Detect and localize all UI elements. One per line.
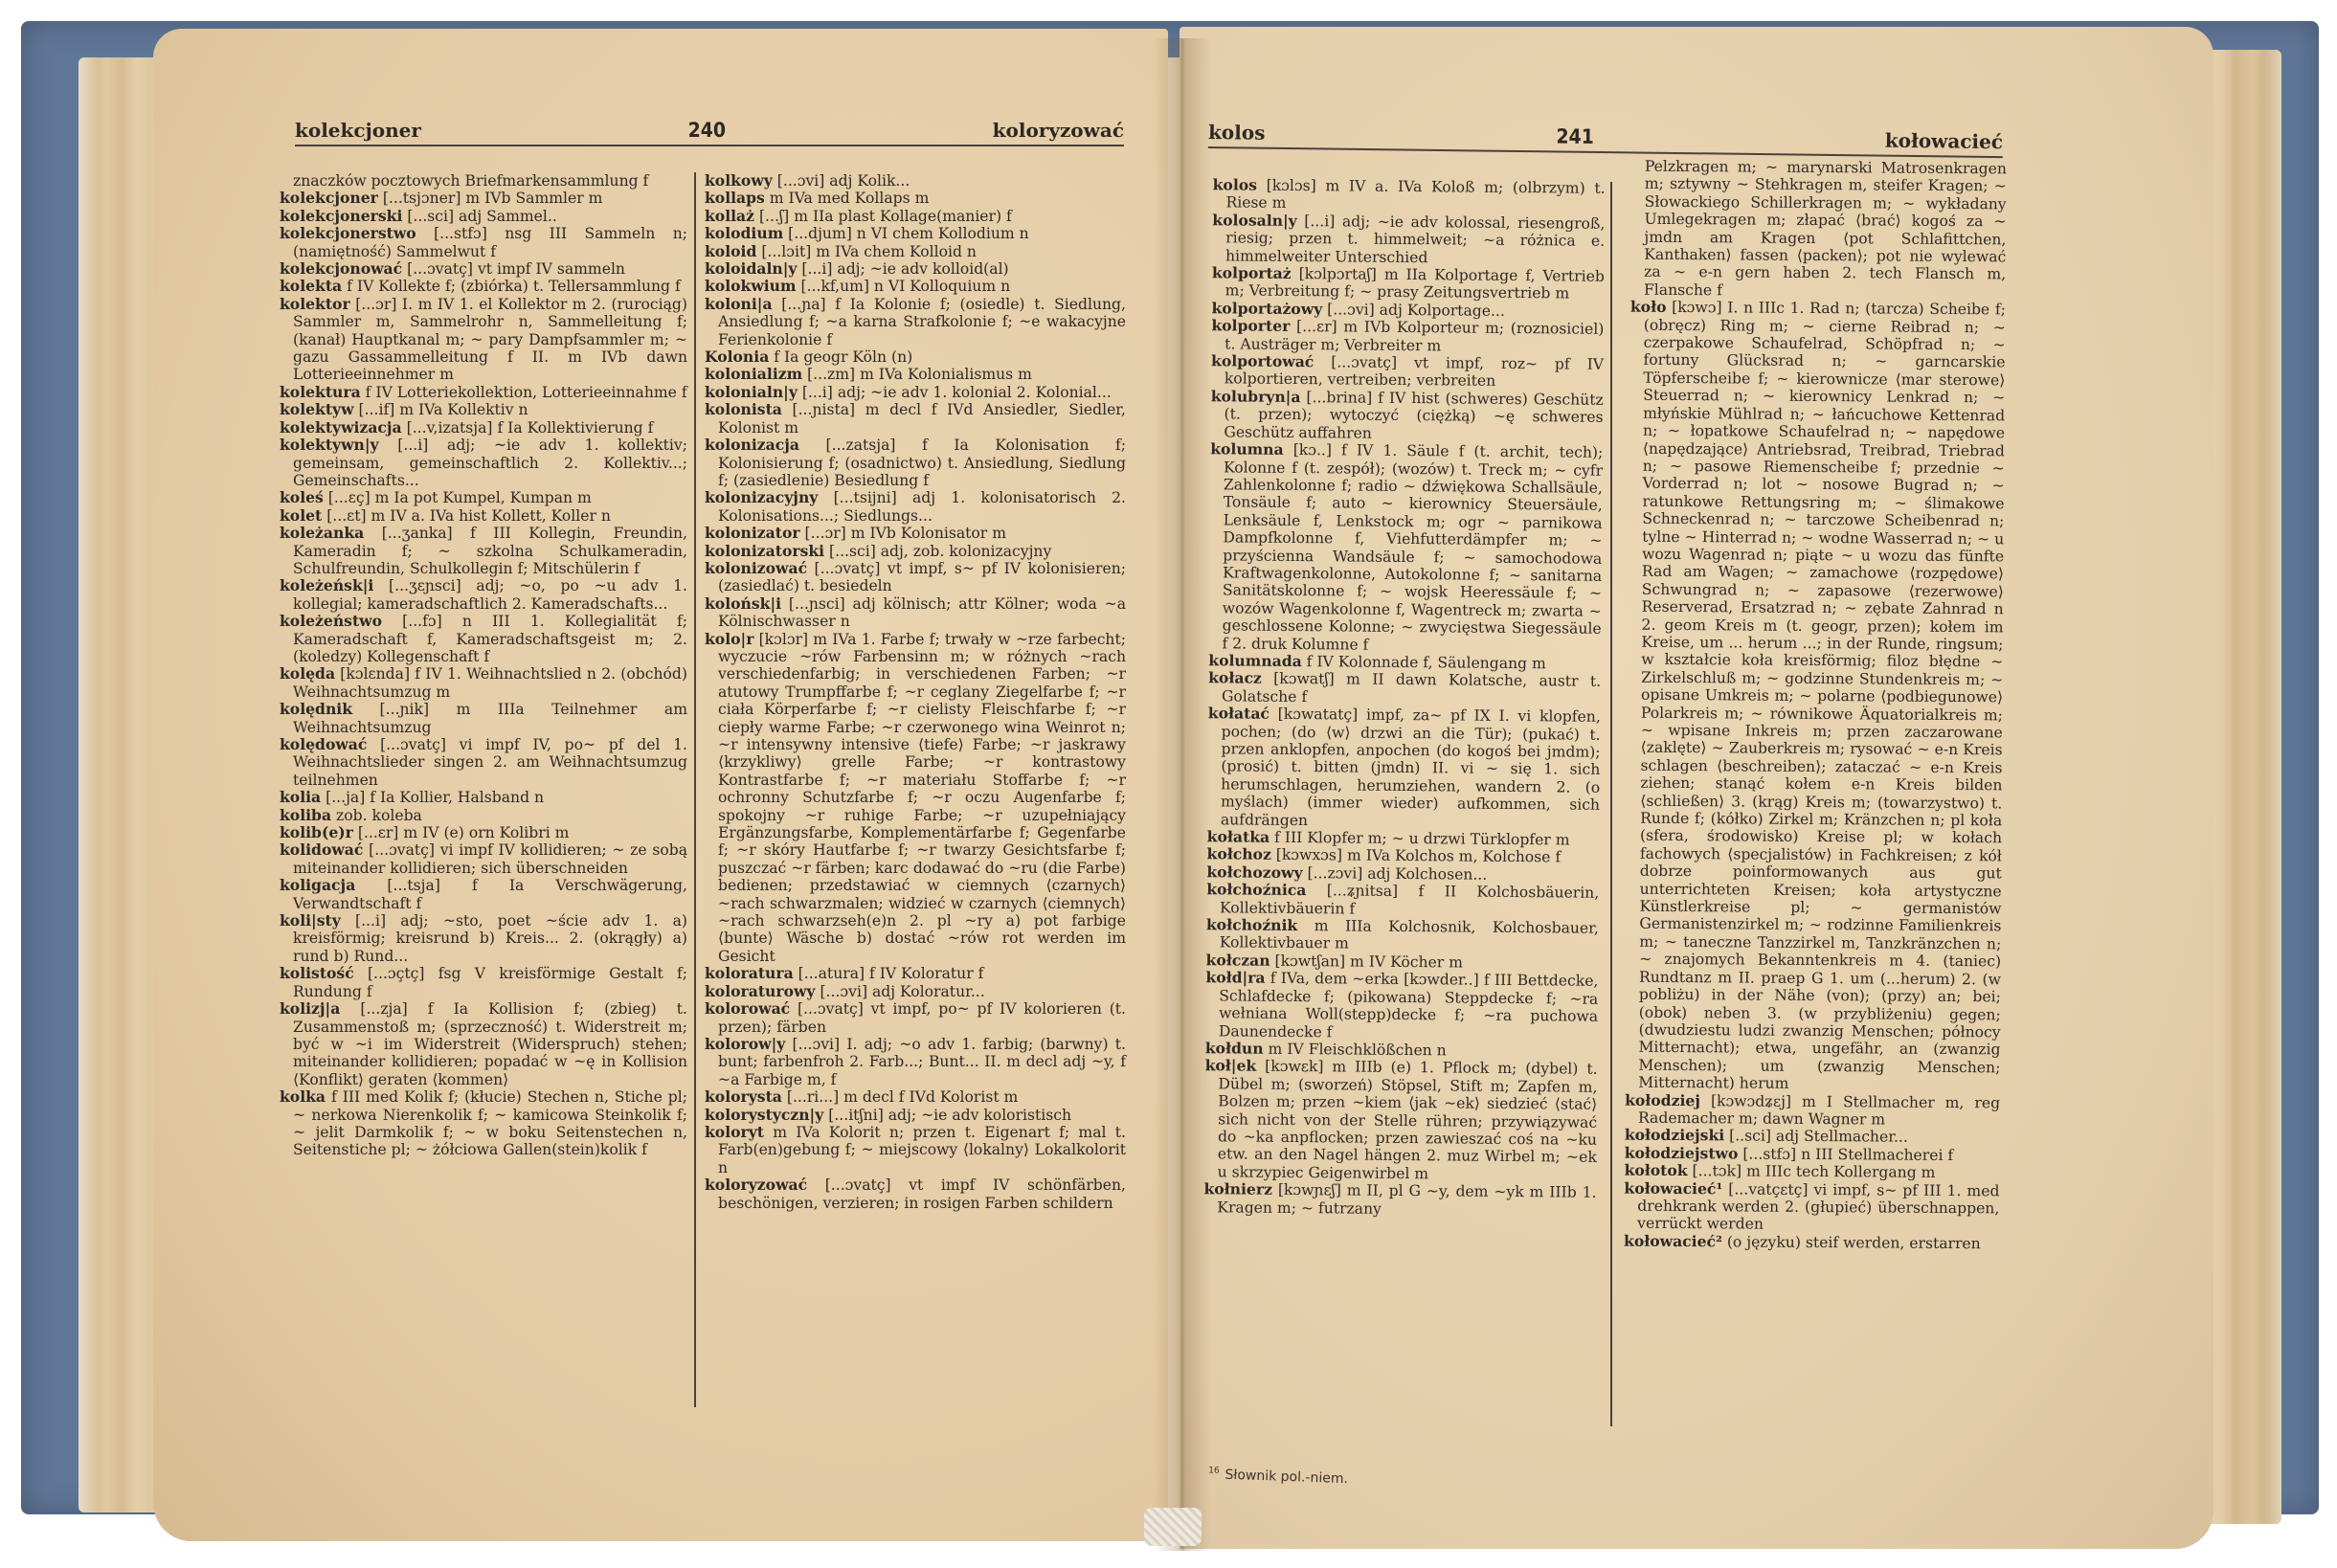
headword: koło bbox=[1630, 298, 1667, 316]
headword: kolo|r bbox=[705, 630, 753, 648]
right-page-column-2: Pelzkragen m; ~ marynarski Matrosenkrage… bbox=[1624, 158, 2007, 1253]
headword: kolporter bbox=[1211, 316, 1290, 335]
headword: kołd|ra bbox=[1205, 968, 1265, 987]
headword: kolektywn|y bbox=[280, 436, 379, 454]
headword: kolonizacja bbox=[705, 436, 799, 454]
headword: kolędować bbox=[280, 735, 367, 753]
headword: kołodziejski bbox=[1625, 1126, 1724, 1145]
headword: kołowacieć² bbox=[1624, 1231, 1722, 1250]
headword: koloryzować bbox=[705, 1176, 807, 1194]
headword: koleś bbox=[280, 488, 324, 506]
headword: kolokwium bbox=[705, 277, 797, 295]
dictionary-entry: kołacz [kɔwatʃ] m II dawn Kolatsche, aus… bbox=[1208, 670, 1601, 708]
headword: kolportażowy bbox=[1211, 299, 1322, 318]
headword: kolekcjonować bbox=[280, 259, 402, 278]
dictionary-entry: kolizj|a [...zja] f Ia Kollision f; (zbi… bbox=[280, 1000, 687, 1088]
headword: kolia bbox=[280, 788, 321, 806]
column-divider-right bbox=[1610, 182, 1612, 1426]
headword: kolekcjonerski bbox=[280, 207, 402, 225]
headword: kolos bbox=[1213, 175, 1257, 193]
headword: kołatka bbox=[1207, 827, 1270, 846]
headword: kołchozowy bbox=[1206, 862, 1302, 882]
dictionary-entry: koloidaln|y [...i] adj; ~ie adv kolloid(… bbox=[705, 260, 1126, 278]
headword: kołdun bbox=[1205, 1039, 1264, 1058]
dictionary-entry: kolorow|y [...ɔvi] I. adj; ~o adv 1. far… bbox=[705, 1036, 1126, 1088]
dictionary-entry: kolektor [...ɔr] I. m IV 1. el Kollektor… bbox=[280, 296, 687, 384]
dictionary-entry: koloraturowy [...ɔvi] adj Koloratur... bbox=[705, 983, 1126, 1000]
headword: kołchoz bbox=[1206, 845, 1270, 864]
headword: kolorystyczn|y bbox=[705, 1106, 823, 1124]
dictionary-entry: kołodziej [kɔwɔdʑɛj] m I Stellmacher m, … bbox=[1625, 1091, 2000, 1130]
headword: kolęda bbox=[280, 664, 335, 683]
dictionary-entry: kolporter [...ɛr] m IVb Kolporteur m; (r… bbox=[1211, 317, 1604, 355]
headword: koleżeńsk|i bbox=[280, 576, 373, 594]
headword: kolonizować bbox=[705, 559, 807, 577]
headword: koliba bbox=[280, 806, 331, 824]
dictionary-entry: kolorystyczn|y [...itʃni] adj; ~ie adv k… bbox=[705, 1107, 1126, 1124]
headword: kolekta bbox=[280, 277, 342, 295]
headword: kolubryn|a bbox=[1211, 387, 1301, 406]
headword: kolet bbox=[280, 506, 322, 525]
headword: kolidować bbox=[280, 840, 363, 859]
left-guide-word-first: kolekcjoner bbox=[295, 119, 421, 142]
headword: kołczan bbox=[1206, 951, 1270, 970]
headword: kolportować bbox=[1211, 351, 1314, 370]
dictionary-entry: kolkowy [...ɔvi] adj Kolik... bbox=[705, 172, 1126, 190]
headword: kołodziejstwo bbox=[1625, 1143, 1739, 1162]
dictionary-entry: kolędować [...ɔvatç] vi impf IV, po~ pf … bbox=[280, 736, 687, 789]
dictionary-entry: kolonialn|y [...i] adj; ~ie adv 1. kolon… bbox=[705, 384, 1126, 401]
headword: kolka bbox=[280, 1087, 326, 1106]
dictionary-entry: kollaż [...ʃ] m IIa plast Kollage(manier… bbox=[705, 208, 1126, 225]
right-guide-word-last: kołowacieć bbox=[1885, 129, 2003, 154]
dictionary-entry: kolektywn|y [...i] adj; ~ie adv 1. kolle… bbox=[280, 437, 687, 489]
dictionary-entry: koloratura [...atura] f IV Koloratur f bbox=[705, 965, 1126, 982]
headword: koli|sty bbox=[280, 911, 341, 930]
dictionary-entry: kolonizacyjny [...tsijni] adj 1. kolonis… bbox=[705, 489, 1126, 525]
dictionary-entry: kolib(e)r [...ɛr] m IV (e) orn Kolibri m bbox=[280, 824, 687, 841]
left-page-header: kolekcjoner 240 koloryzować bbox=[295, 119, 1124, 146]
headword: kolistość bbox=[280, 964, 354, 982]
dictionary-entry: kolia [...ja] f Ia Kollier, Halsband n bbox=[280, 789, 687, 806]
headword: Kolonia bbox=[705, 347, 769, 366]
headword: kolumnada bbox=[1208, 651, 1302, 670]
dictionary-entry: koloid [...lɔit] m IVa chem Kolloid n bbox=[705, 243, 1126, 260]
headword: kołacz bbox=[1208, 669, 1262, 687]
headword: kolońsk|i bbox=[705, 594, 781, 613]
headword: kolektor bbox=[280, 295, 350, 313]
headword: kołowacieć¹ bbox=[1624, 1178, 1722, 1198]
right-guide-word-first: kolos bbox=[1208, 121, 1266, 145]
dictionary-entry: kołchoźnik m IIIa Kolchosnik, Kolchosbau… bbox=[1206, 916, 1599, 954]
headword: kolektura bbox=[280, 383, 361, 401]
left-guide-word-last: koloryzować bbox=[993, 119, 1124, 142]
dictionary-entry: kolportaż [kɔlpɔrtaʃ] m IIa Kolportage f… bbox=[1212, 264, 1605, 302]
dictionary-entry: kolonista [...ɲista] m decl f IVd Ansied… bbox=[705, 401, 1126, 437]
dictionary-entry: kolistość [...ɔçtç] fsg V kreisförmige G… bbox=[280, 965, 687, 1000]
dictionary-entry: kolońsk|i [...ɲsci] adj kölnisch; attr K… bbox=[705, 595, 1126, 631]
dictionary-entry: kolektywizacja [...v,izatsja] f Ia Kolle… bbox=[280, 419, 687, 437]
headband bbox=[1144, 1508, 1202, 1546]
headword: koleżanka bbox=[280, 524, 364, 542]
dictionary-entry: koleżeńsk|i [...ʒɛɲsci] adj; ~o, po ~u a… bbox=[280, 577, 687, 613]
dictionary-entry: koloryzować [...ɔvatç] vt impf IV schönf… bbox=[705, 1176, 1126, 1212]
headword: kolonizatorski bbox=[705, 542, 824, 560]
headword: kołnierz bbox=[1203, 1179, 1272, 1198]
headword: kołatać bbox=[1208, 704, 1270, 723]
dictionary-entry: kolektyw [...if] m IVa Kollektiv n bbox=[280, 401, 687, 418]
headword: kolorować bbox=[705, 999, 790, 1018]
dictionary-entry: kolekcjonować [...ɔvatç] vt impf IV samm… bbox=[280, 260, 687, 278]
dictionary-entry: kolonizatorski [...sci] adj, zob. koloni… bbox=[705, 543, 1126, 560]
headword: koł|ek bbox=[1205, 1057, 1257, 1075]
entry-continuation: Pelzkragen m; ~ marynarski Matrosenkrage… bbox=[1630, 158, 2007, 302]
dictionary-entry: kolokwium [...kf,um] n VI Kolloquium n bbox=[705, 278, 1126, 295]
headword: koloraturowy bbox=[705, 982, 816, 1000]
dictionary-entry: kolekcjonerski [...sci] adj Sammel.. bbox=[280, 208, 687, 225]
dictionary-entry: kolęda [kɔlɛnda] f IV 1. Weihnachtslied … bbox=[280, 665, 687, 701]
right-page-column-1: kolos [kɔlɔs] m IV a. IVa Koloß m; (olbr… bbox=[1203, 176, 1605, 1220]
headword: kolkowy bbox=[705, 171, 773, 190]
headword: kolonializm bbox=[705, 365, 802, 383]
dictionary-entry: koleżanka [...ʒanka] f III Kollegin, Fre… bbox=[280, 525, 687, 577]
headword: kolonizacyjny bbox=[705, 488, 818, 506]
headword: kolędnik bbox=[280, 700, 352, 718]
dictionary-entry: kołnierz [kɔwɲɛʃ] m II, pl G ~y, dem ~yk… bbox=[1203, 1180, 1596, 1219]
dictionary-entry: kolędnik [...ɲik] m IIIa Teilnehmer am W… bbox=[280, 701, 687, 736]
headword: kolib(e)r bbox=[280, 823, 353, 841]
dictionary-entry: kollaps m IVa med Kollaps m bbox=[705, 190, 1126, 207]
dictionary-entry: kolonizacja [...zatsja] f Ia Kolonisatio… bbox=[705, 437, 1126, 489]
dictionary-entry: kolportować [...ɔvatç] vt impf, roz~ pf … bbox=[1211, 352, 1604, 391]
dictionary-entry: kolidować [...ɔvatç] vi impf IV kollidie… bbox=[280, 841, 687, 877]
headword: kolektyw bbox=[280, 400, 354, 418]
dictionary-entry: kolonizować [...ɔvatç] vt impf, s~ pf IV… bbox=[705, 560, 1126, 595]
headword: kollaż bbox=[705, 207, 754, 225]
headword: koligacja bbox=[280, 876, 355, 894]
dictionary-entry: kolos [kɔlɔs] m IV a. IVa Koloß m; (olbr… bbox=[1212, 176, 1605, 214]
dictionary-entry: kołowacieć¹ [...vatçɛtç] vi impf, s~ pf … bbox=[1624, 1179, 1999, 1235]
headword: kolumna bbox=[1210, 439, 1284, 459]
headword: koleżeństwo bbox=[280, 612, 382, 630]
dictionary-entry: koli|sty [...i] adj; ~sto, poet ~ście ad… bbox=[280, 912, 687, 965]
headword: kolportaż bbox=[1212, 263, 1292, 282]
headword: kolonialn|y bbox=[705, 383, 798, 401]
dictionary-entry: kolekta f IV Kollekte f; (zbiórka) t. Te… bbox=[280, 278, 687, 295]
headword: kolektywizacja bbox=[280, 418, 402, 437]
signature-mark: 16 bbox=[1208, 1466, 1220, 1475]
headword: koloni|a bbox=[705, 295, 773, 313]
dictionary-entry: koloryt m IVa Kolorit n; przen t. Eigena… bbox=[705, 1124, 1126, 1176]
headword: kolosaln|y bbox=[1212, 211, 1297, 230]
dictionary-entry: kolka f III med Kolik f; (kłucie) Steche… bbox=[280, 1088, 687, 1159]
left-page-column-2: kolkowy [...ɔvi] adj Kolik...kollaps m I… bbox=[705, 172, 1126, 1212]
dictionary-entry: kołd|ra f IVa, dem ~erka [kɔwder..] f II… bbox=[1205, 969, 1599, 1042]
dictionary-entry: kołowacieć² (o języku) steif werden, ers… bbox=[1624, 1232, 1999, 1252]
headword: kołchoźnik bbox=[1206, 915, 1298, 934]
left-page-number: 240 bbox=[688, 119, 726, 142]
dictionary-entry: kolumna [kɔ..] f IV 1. Säule f (t. archi… bbox=[1208, 440, 1603, 655]
dictionary-entry: kolonizator [...ɔr] m IVb Kolonisator m bbox=[705, 525, 1126, 542]
dictionary-entry: koliba zob. koleba bbox=[280, 807, 687, 824]
book-gutter bbox=[1154, 38, 1211, 1551]
headword: kolekcjoner bbox=[280, 189, 378, 207]
headword: koloratura bbox=[705, 964, 794, 982]
headword: kolorow|y bbox=[705, 1035, 785, 1053]
headword: kolodium bbox=[705, 224, 783, 242]
dictionary-entry: koloni|a [...ɲa] f Ia Kolonie f; (osiedl… bbox=[705, 296, 1126, 348]
dictionary-entry: koło [kɔwɔ] I. n IIIc 1. Rad n; (tarcza)… bbox=[1625, 299, 2006, 1094]
dictionary-entry: kolodium [...djum] n VI chem Kollodium n bbox=[705, 225, 1126, 242]
headword: kolekcjonerstwo bbox=[280, 224, 416, 242]
dictionary-entry: kolet [...ɛt] m IV a. IVa hist Kollett, … bbox=[280, 507, 687, 525]
dictionary-entry: kolekcjoner [...tsjɔner] m IVb Sammler m bbox=[280, 190, 687, 207]
dictionary-entry: koleżeństwo [...fɔ] n III 1. Kollegialit… bbox=[280, 613, 687, 665]
headword: koloryt bbox=[705, 1123, 764, 1141]
dictionary-entry: koleś [...ɛç] m Ia pot Kumpel, Kumpan m bbox=[280, 489, 687, 506]
headword: kołodziej bbox=[1625, 1090, 1700, 1109]
headword: kolonista bbox=[705, 400, 782, 418]
dictionary-entry: kolorować [...ɔvatç] vt impf, po~ pf IV … bbox=[705, 1000, 1126, 1036]
dictionary-entry: kolonializm [...zm] m IVa Kolonialismus … bbox=[705, 366, 1126, 383]
entry-continuation: znaczków pocztowych Briefmarkensammlung … bbox=[280, 172, 687, 190]
headword: koloid bbox=[705, 242, 756, 260]
headword: kołotok bbox=[1625, 1161, 1688, 1179]
headword: koloidaln|y bbox=[705, 259, 797, 278]
dictionary-entry: kolekcjonerstwo [...stfɔ] nsg III Sammel… bbox=[280, 225, 687, 260]
headword: kolonizator bbox=[705, 524, 800, 542]
column-divider-left bbox=[694, 172, 696, 1407]
dictionary-entry: kołchoźnica [...ʑɲitsa] f II Kolchosbäue… bbox=[1206, 881, 1599, 919]
dictionary-entry: Kolonia f Ia geogr Köln (n) bbox=[705, 348, 1126, 366]
dictionary-entry: koł|ek [kɔwɛk] m IIIb (e) 1. Pflock m; (… bbox=[1204, 1058, 1598, 1184]
headword: kolizj|a bbox=[280, 999, 340, 1018]
dictionary-entry: kolubryn|a [...brina] f IV hist (schwere… bbox=[1210, 388, 1603, 444]
headword: kołchoźnica bbox=[1206, 880, 1306, 899]
dictionary-entry: koligacja [...tsja] f Ia Verschwägerung,… bbox=[280, 877, 687, 912]
headword: kollaps bbox=[705, 189, 765, 207]
dictionary-entry: kolo|r [kɔlɔr] m IVa 1. Farbe f; trwały … bbox=[705, 631, 1126, 966]
right-page-number: 241 bbox=[1556, 124, 1594, 147]
headword: kolorysta bbox=[705, 1087, 782, 1106]
left-page-column-1: znaczków pocztowych Briefmarkensammlung … bbox=[280, 172, 687, 1159]
dictionary-entry: kolektura f IV Lotteriekollektion, Lotte… bbox=[280, 384, 687, 401]
dictionary-entry: kolosaln|y [...i] adj; ~ie adv kolossal,… bbox=[1212, 212, 1605, 268]
dictionary-entry: kołatać [kɔwatatç] impf, za~ pf IX I. vi… bbox=[1207, 705, 1601, 831]
dictionary-entry: kolorysta [...ri...] m decl f IVd Kolori… bbox=[705, 1088, 1126, 1106]
